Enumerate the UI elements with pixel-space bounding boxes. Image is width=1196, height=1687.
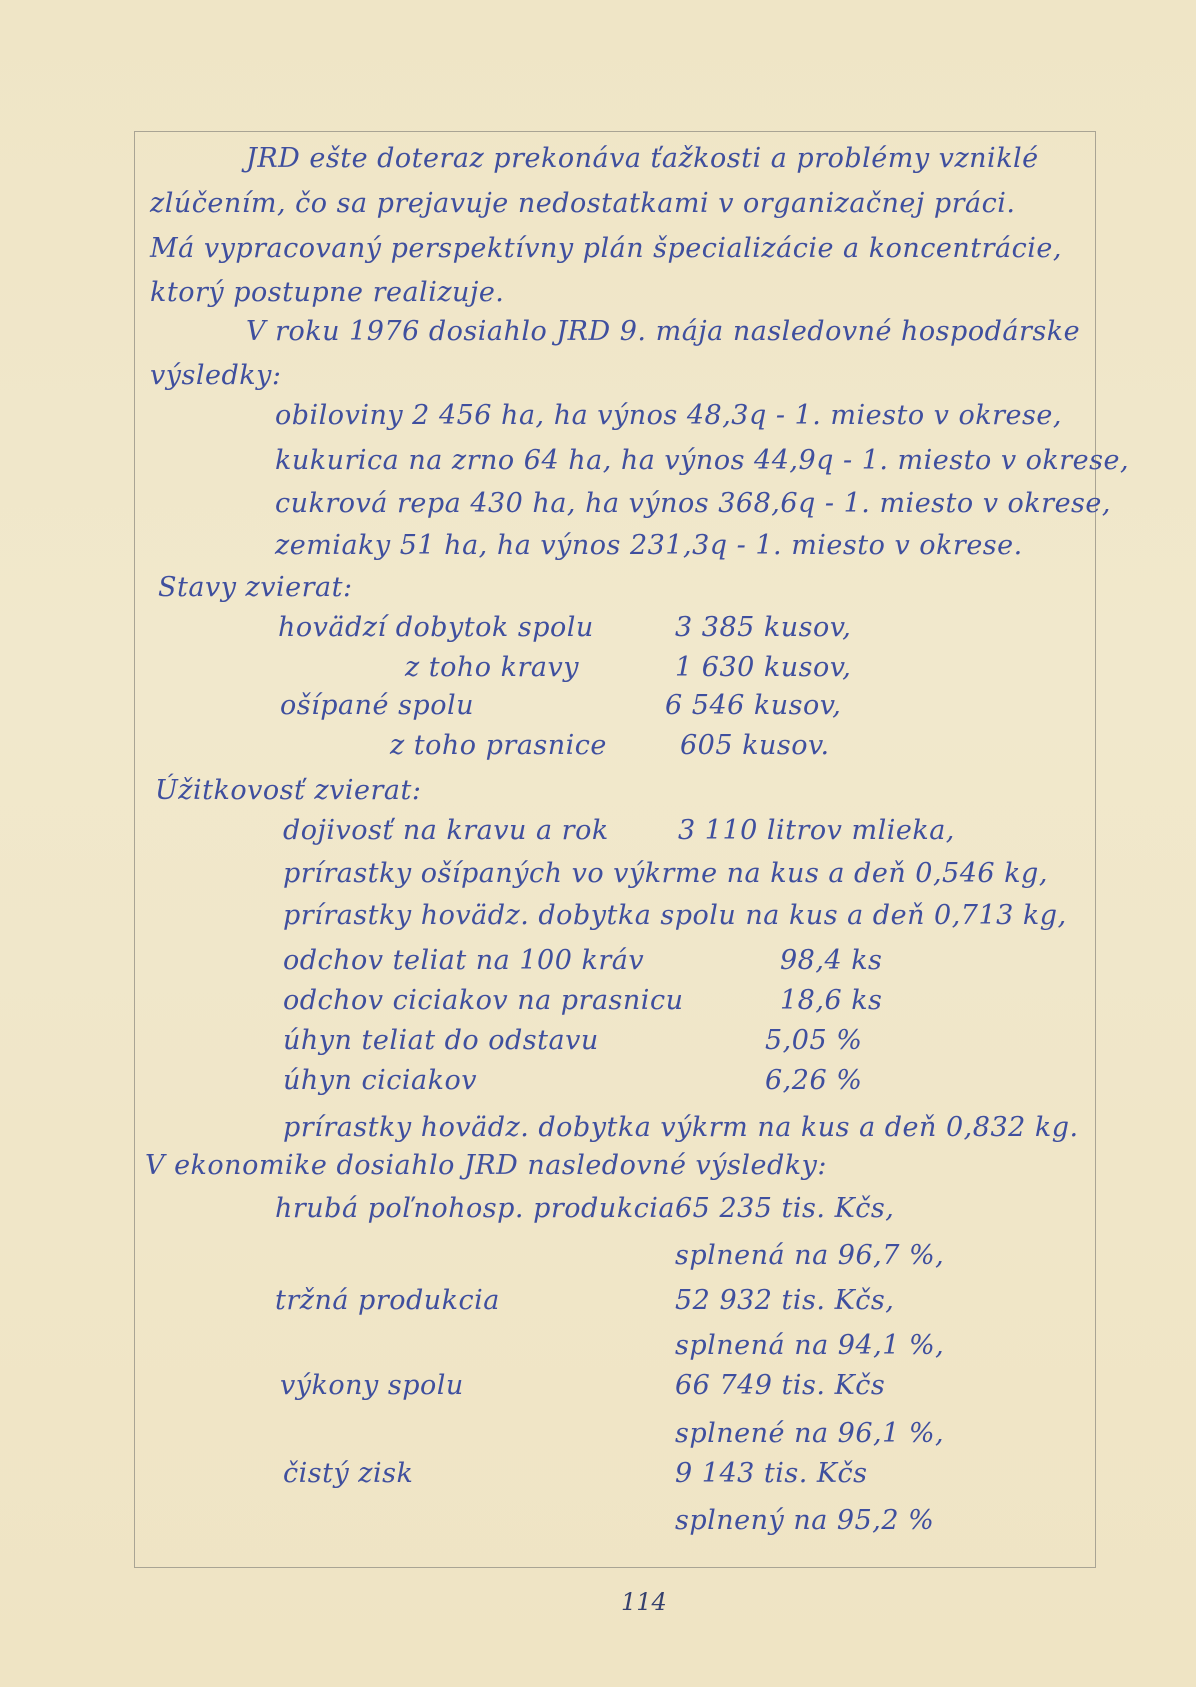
text-line: Má vypracovaný perspektívny plán špecial… bbox=[150, 233, 1062, 264]
text-line: V roku 1976 dosiahlo JRD 9. mája nasledo… bbox=[246, 316, 1080, 347]
livestock-label: ošípané spolu bbox=[280, 690, 474, 721]
economy-value: 52 932 tis. Kčs, bbox=[675, 1285, 894, 1316]
economy-value: 66 749 tis. Kčs bbox=[675, 1370, 885, 1401]
livestock-value: 1 630 kusov, bbox=[675, 652, 851, 683]
economy-fulfilment: splnený na 95,2 % bbox=[675, 1505, 934, 1536]
section-heading: V ekonomike dosiahlo JRD nasledovné výsl… bbox=[145, 1150, 827, 1181]
economy-fulfilment: splnená na 94,1 %, bbox=[675, 1330, 944, 1361]
economy-fulfilment: splnená na 96,7 %, bbox=[675, 1240, 944, 1271]
productivity-label: úhyn ciciakov bbox=[283, 1065, 477, 1096]
productivity-label: prírastky ošípaných vo výkrme na kus a d… bbox=[283, 858, 1048, 889]
crop-line: cukrová repa 430 ha, ha výnos 368,6q - 1… bbox=[275, 488, 1111, 519]
livestock-value: 3 385 kusov, bbox=[675, 612, 851, 643]
livestock-label: z toho prasnice bbox=[390, 730, 607, 761]
livestock-value: 6 546 kusov, bbox=[665, 690, 841, 721]
economy-label: čistý zisk bbox=[283, 1458, 413, 1489]
economy-fulfilment: splnené na 96,1 %, bbox=[675, 1418, 944, 1449]
productivity-label: úhyn teliat do odstavu bbox=[283, 1025, 599, 1056]
crop-line: kukurica na zrno 64 ha, ha výnos 44,9q -… bbox=[275, 445, 1129, 476]
productivity-label: dojivosť na kravu a rok bbox=[283, 815, 609, 846]
productivity-value: 5,05 % bbox=[765, 1025, 862, 1056]
economy-value: 65 235 tis. Kčs, bbox=[675, 1193, 894, 1224]
productivity-label: odchov teliat na 100 kráv bbox=[283, 945, 644, 976]
section-heading: Stavy zvierat: bbox=[158, 572, 353, 603]
economy-label: výkony spolu bbox=[280, 1370, 464, 1401]
productivity-value: 6,26 % bbox=[765, 1065, 862, 1096]
economy-value: 9 143 tis. Kčs bbox=[675, 1458, 868, 1489]
crop-line: zemiaky 51 ha, ha výnos 231,3q - 1. mies… bbox=[275, 530, 1023, 561]
productivity-label: prírastky hovädz. dobytka spolu na kus a… bbox=[283, 900, 1067, 931]
page-number: 114 bbox=[621, 1588, 667, 1616]
text-line: zlúčením, čo sa prejavuje nedostatkami v… bbox=[150, 188, 1015, 219]
economy-label: tržná produkcia bbox=[275, 1285, 500, 1316]
livestock-label: hovädzí dobytok spolu bbox=[278, 612, 594, 643]
productivity-value: 3 110 litrov mlieka, bbox=[678, 815, 955, 846]
livestock-value: 605 kusov. bbox=[680, 730, 830, 761]
crop-line: obiloviny 2 456 ha, ha výnos 48,3q - 1. … bbox=[275, 400, 1062, 431]
section-heading: Úžitkovosť zvierat: bbox=[155, 775, 421, 806]
productivity-label: prírastky hovädz. dobytka výkrm na kus a… bbox=[283, 1112, 1079, 1143]
livestock-label: z toho kravy bbox=[405, 652, 579, 683]
productivity-label: odchov ciciakov na prasnicu bbox=[283, 985, 683, 1016]
productivity-value: 18,6 ks bbox=[780, 985, 882, 1016]
text-line: JRD ešte doteraz prekonáva ťažkosti a pr… bbox=[246, 143, 1039, 174]
economy-label: hrubá poľnohosp. produkcia bbox=[275, 1193, 675, 1224]
text-line: ktorý postupne realizuje. bbox=[150, 277, 504, 308]
productivity-value: 98,4 ks bbox=[780, 945, 882, 976]
text-line: výsledky: bbox=[150, 360, 281, 391]
